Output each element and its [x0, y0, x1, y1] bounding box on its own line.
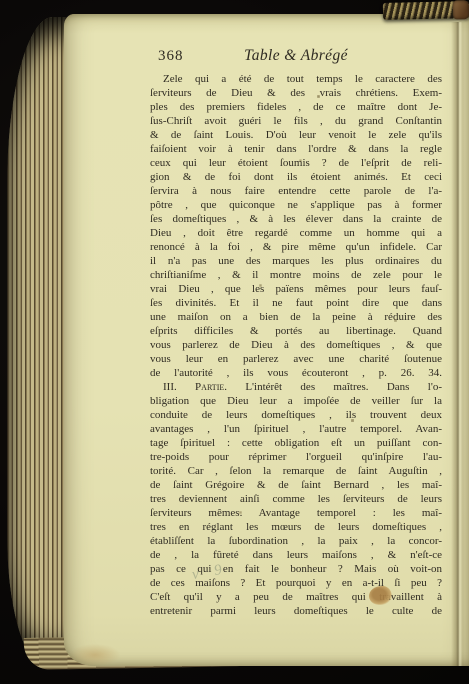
- text-line: torité. Car , ſelon la remarque de ſaint…: [150, 464, 442, 478]
- section-lead: III. Partie.: [163, 381, 227, 393]
- text-line: une maiſon on a bien de la peine à rédui…: [150, 310, 442, 324]
- folio-number: 368: [158, 48, 184, 65]
- text-line: ſerviteurs de Dieu & des vrais chrétiens…: [150, 86, 442, 100]
- text-line: il n'a pas une des marques les plus ordi…: [150, 254, 442, 268]
- text-line: établiſſent la ſubordination , la paix ,…: [150, 534, 442, 548]
- text-line: tres deviennent ainſi comme les ſerviteu…: [150, 492, 442, 506]
- text-line: chriſtianiſme , & il montre moins de zel…: [150, 268, 442, 282]
- running-title: Table & Abrégé: [150, 47, 442, 65]
- text-line: de l'autorité , ils vous écouteront , p.…: [150, 366, 442, 380]
- text-line: tre-poids pour réprimer l'orgueil qu'inſ…: [150, 450, 442, 464]
- text-line: vous parlerez de Dieu à des domeſtiques …: [150, 338, 442, 352]
- book-page: 368 Table & Abrégé Zele qui a été de tou…: [64, 14, 469, 666]
- text-line: tres en réglant les mœurs de leurs domeſ…: [150, 520, 442, 534]
- text-line: avantages , l'un ſpirituel , l'autre tem…: [150, 422, 442, 436]
- text-line: Dieu , doit être regardé comme un homme …: [150, 226, 442, 240]
- text-line: de ſaint Grégoire & de ſaint Bernard , l…: [150, 478, 442, 492]
- headband: [383, 1, 469, 20]
- text-line: ſes domeſtiques , & à les élever dans la…: [150, 212, 442, 226]
- book-scan: 368 Table & Abrégé Zele qui a été de tou…: [0, 0, 469, 684]
- text-line: ſerviteurs mêmes. Avantage temporel : le…: [150, 506, 442, 520]
- page-header: 368 Table & Abrégé: [150, 47, 442, 67]
- text-line: ſervira à nous faire entendre cette paro…: [150, 184, 442, 198]
- text-line: entretenir parmi leurs domeſtiques le cu…: [150, 604, 442, 618]
- text-line: tage ſpirituel : cette obligation eſt un…: [150, 436, 442, 450]
- text-line: ſes divinités. Et il ne faut point dire …: [150, 296, 442, 310]
- page-edges-left: [7, 17, 69, 663]
- text-line: C'eſt qu'il y a peu de maîtres qui trava…: [150, 590, 442, 604]
- text-line: renoncé à la foi , & pire même qu'un inf…: [150, 240, 442, 254]
- text-line: & de ſaint Louis. D'où leur venoit le ze…: [150, 128, 442, 142]
- text-line: ceux qui leur étoient ſoumis ? de l'eſpr…: [150, 156, 442, 170]
- paper-specks: [64, 14, 65, 15]
- text-line: ſus-Chriſt avoit guéri le fils , du gran…: [150, 114, 442, 128]
- headband-knob: [453, 0, 469, 19]
- text-line: bligation que Dieu leur a impoſée de vei…: [150, 394, 442, 408]
- text-line: III. Partie. L'intérêt des maîtres. Dans…: [150, 380, 442, 394]
- ink-stain: [369, 586, 392, 605]
- body-text: Zele qui a été de tout temps le caracter…: [150, 72, 442, 618]
- gutter-crease: [451, 22, 465, 666]
- text-line: vrai Dieu , que les païens mêmes pour le…: [150, 282, 442, 296]
- text-line: conduite de leurs domeſtiques , ils trou…: [150, 408, 442, 422]
- text-line: Zele qui a été de tout temps le caracter…: [150, 72, 442, 86]
- text-line: pôtre , que quiconque ne s'applique pas …: [150, 198, 442, 212]
- text-line: gion & de foi dont ils étoient animés. E…: [150, 170, 442, 184]
- corner-stain: [70, 644, 120, 666]
- text-line: de , la fûreté dans leurs maiſons , & n'…: [150, 548, 442, 562]
- text-line: faiſoient voir à tenir dans l'ordre & da…: [150, 142, 442, 156]
- text-line: ples des premiers fideles , de ce maître…: [150, 100, 442, 114]
- text-line: eſprits difficiles & portés au libertina…: [150, 324, 442, 338]
- text-line: vous leur en parlerez avec une charité ſ…: [150, 352, 442, 366]
